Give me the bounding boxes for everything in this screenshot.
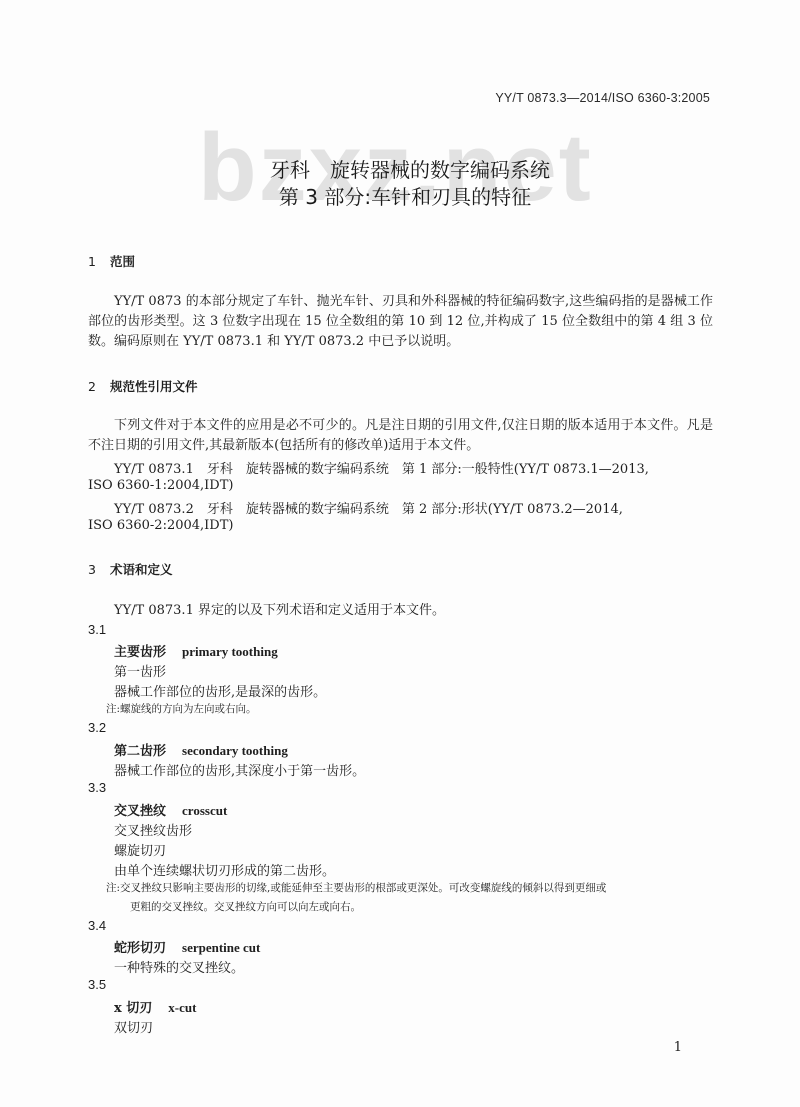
term-synonym: 螺旋切刃 — [114, 840, 166, 859]
section-number: 3 — [88, 562, 110, 577]
term-en: primary toothing — [182, 644, 278, 659]
section-heading-normative-references: 2规范性引用文件 — [88, 377, 198, 395]
reference-item-1-line2: ISO 6360-1:2004,IDT) — [88, 478, 233, 493]
section-title: 范围 — [110, 254, 135, 269]
term-zh: 蛇形切刃 — [114, 941, 166, 956]
term-number: 3.3 — [88, 780, 106, 795]
document-title-line1: 牙科 旋转器械的数字编码系统 — [0, 154, 800, 183]
term-en: secondary toothing — [182, 743, 288, 758]
section-title: 规范性引用文件 — [110, 379, 198, 394]
term-note-line1: 注:交叉挫纹只影响主要齿形的切缘,或能延伸至主要齿形的根部或更深处。可改变螺旋线… — [106, 880, 606, 895]
section-number: 2 — [88, 379, 110, 394]
document-title-line2: 第 3 部分:车针和刃具的特征 — [0, 181, 800, 210]
term-entry: 主要齿形primary toothing — [114, 641, 278, 660]
reference-item-1-line1: YY/T 0873.1 牙科 旋转器械的数字编码系统 第 1 部分:一般特性(Y… — [114, 458, 649, 477]
term-zh: 第二齿形 — [114, 744, 166, 759]
term-definition: 器械工作部位的齿形,其深度小于第一齿形。 — [114, 760, 365, 779]
term-zh: 交叉挫纹 — [114, 804, 166, 819]
term-definition: 由单个连续螺状切刃形成的第二齿形。 — [114, 860, 335, 879]
section-title: 术语和定义 — [110, 562, 173, 577]
standard-code: YY/T 0873.3—2014/ISO 6360-3:2005 — [495, 91, 710, 105]
term-en: serpentine cut — [182, 940, 260, 955]
term-synonym: 双切刃 — [114, 1017, 153, 1036]
section-heading-scope: 1范围 — [88, 252, 135, 270]
term-number: 3.1 — [88, 622, 106, 637]
term-entry: x 切刃x-cut — [114, 997, 196, 1016]
term-note-line2: 更粗的交叉挫纹。交叉挫纹方向可以向左或向右。 — [130, 899, 361, 914]
term-en: x-cut — [168, 1000, 196, 1015]
term-synonym: 第一齿形 — [114, 661, 166, 680]
term-definition: 一种特殊的交叉挫纹。 — [114, 957, 244, 976]
term-zh: x 切刃 — [114, 1001, 152, 1016]
term-number: 3.5 — [88, 977, 106, 992]
term-zh: 主要齿形 — [114, 645, 166, 660]
section-heading-terms: 3术语和定义 — [88, 560, 173, 578]
term-note: 注:螺旋线的方向为左向或右向。 — [106, 701, 257, 716]
term-entry: 第二齿形secondary toothing — [114, 740, 288, 759]
page-number: 1 — [674, 1040, 682, 1055]
term-entry: 蛇形切刃serpentine cut — [114, 937, 260, 956]
reference-item-2-line2: ISO 6360-2:2004,IDT) — [88, 518, 233, 533]
term-en: crosscut — [182, 803, 227, 818]
terms-intro: YY/T 0873.1 界定的以及下列术语和定义适用于本文件。 — [114, 599, 445, 618]
term-entry: 交叉挫纹crosscut — [114, 800, 227, 819]
term-synonym: 交叉挫纹齿形 — [114, 820, 192, 839]
term-number: 3.2 — [88, 720, 106, 735]
reference-item-2-line1: YY/T 0873.2 牙科 旋转器械的数字编码系统 第 2 部分:形状(YY/… — [114, 498, 623, 517]
section-number: 1 — [88, 254, 110, 269]
normative-references-paragraph: 下列文件对于本文件的应用是必不可少的。凡是注日期的引用文件,仅注日期的版本适用于… — [88, 416, 713, 456]
scope-paragraph: YY/T 0873 的本部分规定了车针、抛光车针、刃具和外科器械的特征编码数字,… — [88, 292, 713, 352]
term-number: 3.4 — [88, 918, 106, 933]
term-definition: 器械工作部位的齿形,是最深的齿形。 — [114, 681, 326, 700]
